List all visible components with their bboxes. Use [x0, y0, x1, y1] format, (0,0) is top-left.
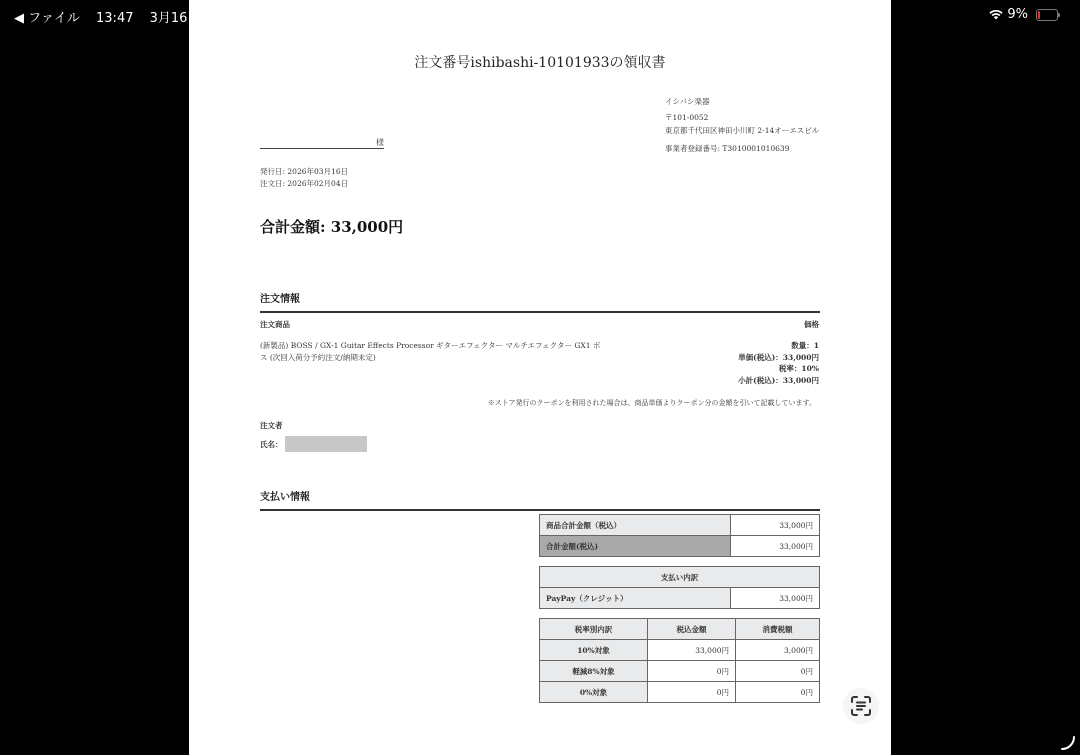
- store-postal: 〒101-0052: [665, 111, 819, 125]
- battery-percent: 9%: [1007, 7, 1028, 22]
- column-header: 税率別内訳: [540, 619, 648, 640]
- product-name-line-2: ス (次回入荷分予約注文/納期未定): [260, 352, 600, 364]
- payment-method: PayPay（クレジット）: [540, 588, 731, 609]
- store-info: イシバシ楽器 〒101-0052 東京都千代田区神田小川町 2-14オーエスビル…: [665, 95, 819, 155]
- store-address: 東京都千代田区神田小川町 2-14オーエスビル: [665, 124, 819, 138]
- customer-name-line: 様: [260, 139, 384, 149]
- unit-price: 単価(税込)：33,000円: [738, 353, 819, 362]
- table-row: 10%対象 33,000円 3,000円: [540, 640, 820, 661]
- total-amount: 合計金額: 33,000円: [260, 216, 403, 237]
- buyer-name-label: 氏名：: [260, 439, 283, 450]
- column-header: 消費税額: [736, 619, 820, 640]
- tax-amount: 3,000円: [736, 640, 820, 661]
- order-info-heading: 注文情報: [260, 290, 820, 313]
- battery-icon: [1036, 9, 1058, 21]
- column-header: 税込金額: [648, 619, 736, 640]
- customer-suffix: 様: [376, 138, 384, 147]
- subtotal: 小計(税込)：33,000円: [738, 376, 819, 385]
- buyer-heading: 注文者: [260, 420, 283, 431]
- breakdown-header: 支払い内訳: [540, 567, 820, 588]
- price-header: 価格: [804, 319, 819, 330]
- product-header: 注文商品: [260, 319, 290, 330]
- status-time: 13:47: [96, 11, 133, 26]
- tax-rate: 税率：10%: [779, 364, 819, 373]
- summary-label: 商品合計金額（税込）: [540, 515, 731, 536]
- taxed-amount: 0円: [648, 682, 736, 703]
- dates: 発行日: 2026年03月16日 注文日: 2026年02月04日: [260, 166, 348, 190]
- tax-amount: 0円: [736, 661, 820, 682]
- table-header-row: 税率別内訳 税込金額 消費税額: [540, 619, 820, 640]
- tax-amount: 0円: [736, 682, 820, 703]
- taxed-amount: 0円: [648, 661, 736, 682]
- store-registration: 事業者登録番号: T3010001010639: [665, 142, 819, 156]
- resize-handle-icon[interactable]: [1060, 735, 1076, 751]
- tax-category: 10%対象: [540, 640, 648, 661]
- table-row: 0%対象 0円 0円: [540, 682, 820, 703]
- payment-summary-table: 商品合計金額（税込） 33,000円 合計金額(税込) 33,000円: [539, 514, 820, 557]
- price-detail: 数量：1 単価(税込)：33,000円 税率：10% 小計(税込)：33,000…: [738, 340, 819, 386]
- summary-value: 33,000円: [731, 515, 820, 536]
- product-name: (新製品) BOSS / GX-1 Guitar Effects Process…: [260, 340, 600, 364]
- table-row: 商品合計金額（税込） 33,000円: [540, 515, 820, 536]
- tax-category: 軽減8%対象: [540, 661, 648, 682]
- table-row: 支払い内訳: [540, 567, 820, 588]
- issue-date: 発行日: 2026年03月16日: [260, 166, 348, 178]
- pdf-page[interactable]: 注文番号ishibashi-10101933の領収書 イシバシ楽器 〒101-0…: [189, 0, 891, 755]
- quantity: 数量：1: [791, 341, 819, 350]
- order-date: 注文日: 2026年02月04日: [260, 178, 348, 190]
- coupon-note: ※ストア発行のクーポンを利用された場合は、商品単価よりクーポン分の金額を引いて記…: [488, 398, 816, 408]
- table-row: PayPay（クレジット） 33,000円: [540, 588, 820, 609]
- summary-value: 33,000円: [731, 536, 820, 557]
- product-name-line-1: (新製品) BOSS / GX-1 Guitar Effects Process…: [260, 340, 600, 352]
- live-text-button[interactable]: [843, 688, 879, 724]
- tax-breakdown-table: 税率別内訳 税込金額 消費税額 10%対象 33,000円 3,000円 軽減8…: [539, 618, 820, 703]
- store-name: イシバシ楽器: [665, 95, 819, 109]
- taxed-amount: 33,000円: [648, 640, 736, 661]
- table-row: 合計金額(税込) 33,000円: [540, 536, 820, 557]
- live-text-icon: [849, 694, 873, 718]
- tax-category: 0%対象: [540, 682, 648, 703]
- payment-breakdown-table: 支払い内訳 PayPay（クレジット） 33,000円: [539, 566, 820, 609]
- payment-info-heading: 支払い情報: [260, 488, 820, 511]
- redacted-name: [285, 436, 367, 452]
- receipt-title: 注文番号ishibashi-10101933の領収書: [260, 52, 820, 72]
- table-row: 軽減8%対象 0円 0円: [540, 661, 820, 682]
- wifi-icon: [989, 9, 1003, 20]
- back-to-files-button[interactable]: ◀ ファイル: [14, 11, 80, 26]
- payment-amount: 33,000円: [731, 588, 820, 609]
- summary-label: 合計金額(税込): [540, 536, 731, 557]
- buyer-name-row: 氏名：: [260, 436, 367, 452]
